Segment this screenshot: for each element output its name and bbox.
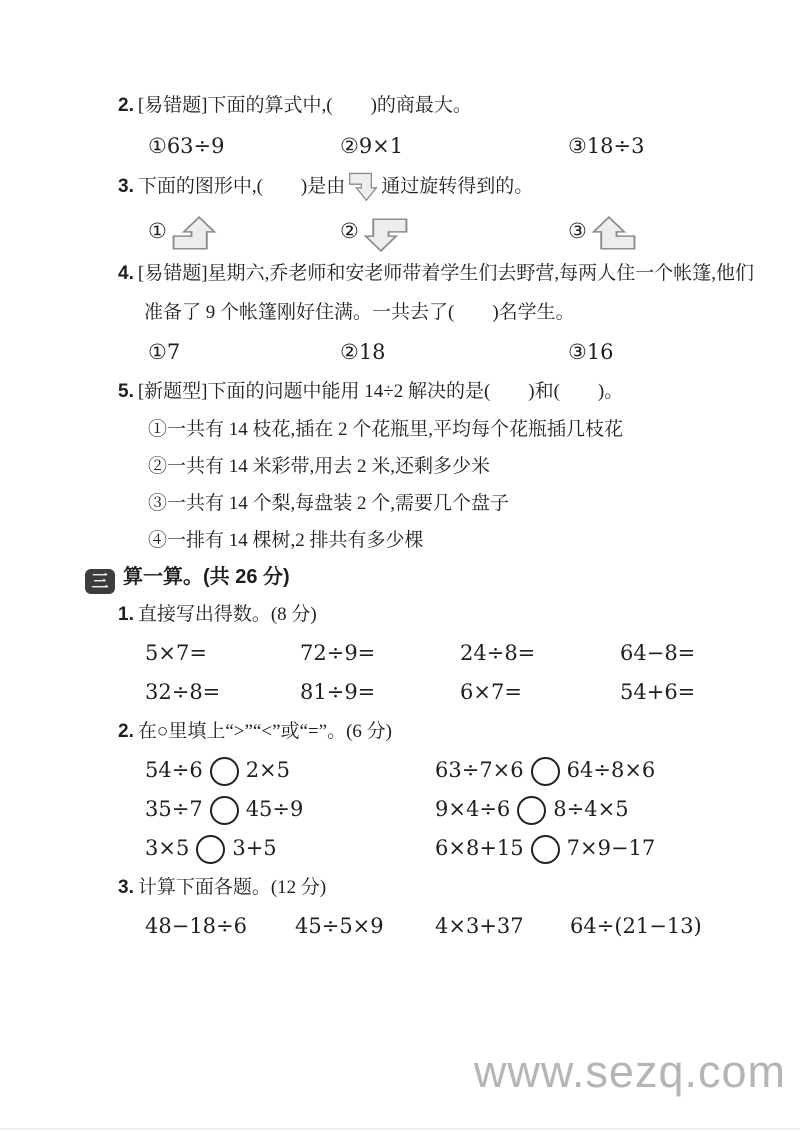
calc-expression: 6×7= (460, 673, 620, 712)
comparison-left-expression: 6×8+15 (435, 836, 524, 860)
section-3-sub-2: 2.在○里填上“>”“<”或“=”。(6 分) (118, 712, 754, 751)
question-2-text: 下面的算式中,( )的商最大。 (208, 95, 472, 116)
calc-expression: 32÷8= (145, 673, 300, 712)
comparison-left-expression: 54÷6 (145, 758, 203, 782)
sub-3-number: 3. (118, 877, 134, 898)
question-3-option-1-label: ① (148, 219, 167, 243)
section-3-sub-3: 3.计算下面各题。(12 分) (118, 868, 754, 907)
question-2-tag: [易错题] (138, 95, 208, 116)
question-3-options: ① ② ③ (148, 208, 754, 254)
question-5-item-4: ④一排有 14 棵树,2 排共有多少棵 (148, 522, 754, 559)
comparison-pair: 54÷62×5 (145, 751, 435, 791)
comparison-right-expression: 3+5 (232, 836, 276, 860)
question-2-number: 2. (118, 95, 134, 116)
comparison-answer-circle (517, 796, 546, 825)
calc-expression: 5×7= (145, 634, 300, 673)
calc-expression: 54+6= (620, 673, 754, 712)
question-5-item-1: ①一共有 14 枝花,插在 2 个花瓶里,平均每个花瓶插几枝花 (148, 411, 754, 448)
question-5-text: 下面的问题中能用 14÷2 解决的是( )和( )。 (208, 381, 624, 402)
section-3-badge-icon: 三 (85, 569, 115, 594)
comparison-pair: 35÷745÷9 (145, 790, 435, 830)
question-4-tag: [易错题] (138, 263, 208, 284)
question-2-option-3: ③18÷3 (568, 126, 754, 166)
question-4-option-2: ②18 (340, 332, 568, 372)
page-bottom-divider (0, 1128, 800, 1130)
comparison-answer-circle (531, 835, 560, 864)
comparison-right-expression: 7×9−17 (567, 836, 656, 860)
reference-elbow-arrow-down-icon (348, 169, 378, 203)
calc-expression: 24÷8= (460, 634, 620, 673)
worksheet-page: 2.[易错题]下面的算式中,( )的商最大。 ①63÷9 ②9×1 ③18÷3 … (0, 0, 800, 1131)
question-3-text-after: 通过旋转得到的。 (381, 176, 533, 197)
comparison-left-expression: 63÷7×6 (435, 758, 524, 782)
comparison-right-expression: 45÷9 (246, 797, 304, 821)
elbow-arrow-up-left-icon (591, 214, 637, 254)
comparison-left-expression: 35÷7 (145, 797, 203, 821)
comparison-pair: 3×53+5 (145, 829, 435, 869)
question-4-options: ①7 ②18 ③16 (148, 332, 754, 372)
calc-expression: 45÷5×9 (295, 907, 435, 946)
comparison-pair: 9×4÷68÷4×5 (435, 790, 754, 830)
calc-row-3: 48−18÷6 45÷5×9 4×3+37 64÷(21−13) (145, 907, 754, 946)
question-3-number: 3. (118, 176, 134, 197)
comparison-pair: 6×8+157×9−17 (435, 829, 754, 869)
comparison-right-expression: 64÷8×6 (567, 758, 656, 782)
sub-2-number: 2. (118, 721, 134, 742)
section-3-sub-1: 1.直接写出得数。(8 分) (118, 595, 754, 634)
calc-expression: 4×3+37 (435, 907, 570, 946)
calc-expression: 64÷(21−13) (570, 907, 754, 946)
question-3-option-3-label: ③ (568, 219, 587, 243)
comparison-right-expression: 2×5 (246, 758, 290, 782)
question-3-option-3: ③ (568, 208, 754, 256)
comparison-right-expression: 8÷4×5 (553, 797, 628, 821)
question-2-option-2: ②9×1 (340, 126, 568, 166)
watermark: www.sezq.com (474, 1046, 786, 1098)
section-3-header: 三算一算。(共 26 分) (85, 559, 754, 595)
comparison-pair: 63÷7×664÷8×6 (435, 751, 754, 791)
question-5-item-1-text: ①一共有 14 枝花,插在 2 个花瓶里,平均每个花瓶插几枝花 (148, 419, 623, 440)
question-5-item-4-text: ④一排有 14 棵树,2 排共有多少棵 (148, 530, 424, 551)
question-2-options: ①63÷9 ②9×1 ③18÷3 (148, 126, 754, 166)
comparison-left-expression: 3×5 (145, 836, 189, 860)
question-4-option-3: ③16 (568, 332, 754, 372)
question-3-option-2: ② (340, 208, 568, 256)
calc-expression: 72÷9= (300, 634, 460, 673)
worksheet-content: 2.[易错题]下面的算式中,( )的商最大。 ①63÷9 ②9×1 ③18÷3 … (0, 0, 800, 946)
question-5-number: 5. (118, 381, 134, 402)
question-4-text: 星期六,乔老师和安老师带着学生们去野营,每两人住一个帐篷,他们准备了 9 个帐篷… (144, 263, 754, 323)
question-2: 2.[易错题]下面的算式中,( )的商最大。 (118, 86, 754, 126)
sub-1-number: 1. (118, 604, 134, 625)
question-4: 4.[易错题]星期六,乔老师和安老师带着学生们去野营,每两人住一个帐篷,他们准备… (118, 254, 754, 332)
question-5-item-2: ②一共有 14 米彩带,用去 2 米,还剩多少米 (148, 448, 754, 485)
calc-row-2: 32÷8= 81÷9= 6×7= 54+6= (145, 673, 754, 712)
comparison-answer-circle (210, 757, 239, 786)
question-5-tag: [新题型] (138, 381, 208, 402)
elbow-arrow-up-right-icon (171, 214, 217, 254)
question-5-item-2-text: ②一共有 14 米彩带,用去 2 米,还剩多少米 (148, 456, 490, 477)
comparison-left-expression: 9×4÷6 (435, 797, 510, 821)
question-5: 5.[新题型]下面的问题中能用 14÷2 解决的是( )和( )。 (118, 372, 754, 411)
comparison-row-3: 3×53+5 6×8+157×9−17 (145, 829, 754, 868)
question-2-option-1: ①63÷9 (148, 126, 340, 166)
comparison-answer-circle (531, 757, 560, 786)
section-3-score: (共 26 分) (203, 566, 290, 588)
sub-1-title: 直接写出得数。(8 分) (138, 604, 317, 625)
comparison-row-2: 35÷745÷9 9×4÷68÷4×5 (145, 790, 754, 829)
question-4-option-1: ①7 (148, 332, 340, 372)
question-3-option-2-label: ② (340, 219, 359, 243)
question-3-text-before: 下面的图形中,( )是由 (138, 176, 345, 197)
question-4-number: 4. (118, 263, 134, 284)
comparison-row-1: 54÷62×5 63÷7×664÷8×6 (145, 751, 754, 790)
comparison-answer-circle (210, 796, 239, 825)
sub-2-title: 在○里填上“>”“<”或“=”。(6 分) (138, 721, 392, 742)
elbow-arrow-down-left-icon (363, 214, 409, 254)
sub-3-title: 计算下面各题。(12 分) (138, 877, 326, 898)
comparison-answer-circle (196, 835, 225, 864)
section-3-title: 算一算。 (123, 566, 203, 588)
question-5-item-3-text: ③一共有 14 个梨,每盘装 2 个,需要几个盘子 (148, 493, 509, 514)
question-3: 3.下面的图形中,( )是由通过旋转得到的。 (118, 166, 754, 208)
question-3-option-1: ① (148, 208, 340, 256)
question-5-item-3: ③一共有 14 个梨,每盘装 2 个,需要几个盘子 (148, 485, 754, 522)
calc-expression: 48−18÷6 (145, 907, 295, 946)
calc-expression: 81÷9= (300, 673, 460, 712)
calc-row-1: 5×7= 72÷9= 24÷8= 64−8= (145, 634, 754, 673)
calc-expression: 64−8= (620, 634, 754, 673)
